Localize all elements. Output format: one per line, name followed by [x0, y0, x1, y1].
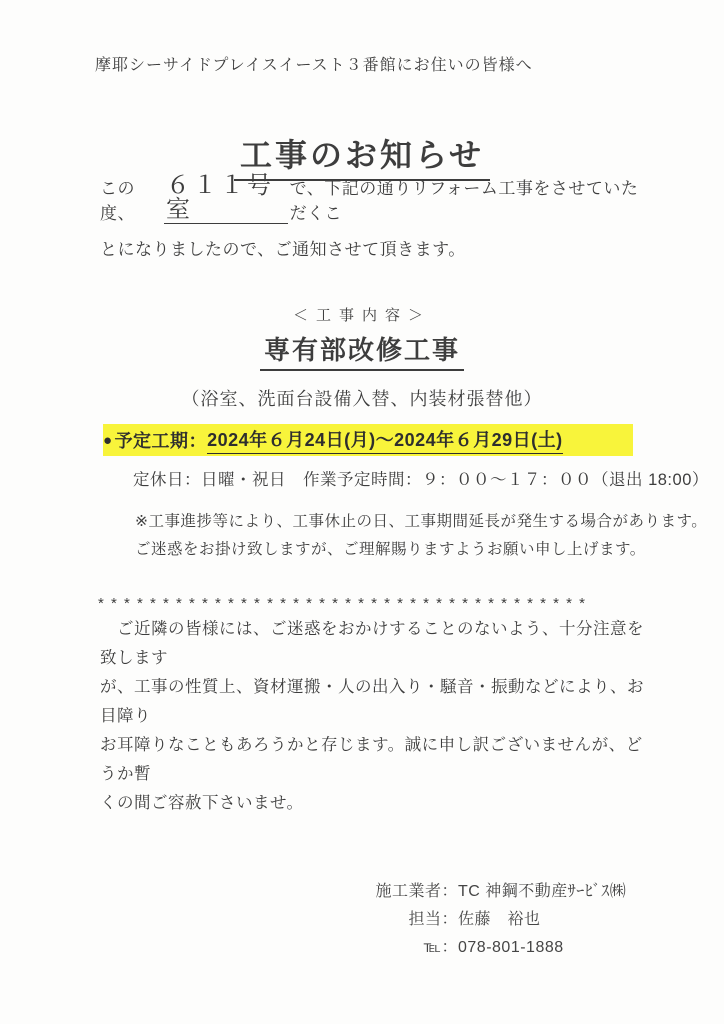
bullet-icon: ●: [103, 432, 113, 449]
intro-paragraph: この度、 ６１１号室 で、下記の通りリフォーム工事をさせていただくこ とになりま…: [100, 186, 645, 260]
tel-value: 078-801-1888: [458, 934, 626, 962]
work-scope: （浴室、洗面台設備入替、内装材張替他）: [0, 385, 724, 411]
asterisk-separator: * * * * * * * * * * * * * * * * * * * * …: [98, 595, 643, 612]
intro-lead: この度、: [100, 174, 162, 224]
section-heading-work-contents: ＜工事内容＞: [0, 304, 724, 325]
tel-label: ℡：: [372, 934, 458, 962]
person-in-charge-value: 佐藤 裕也: [458, 906, 626, 934]
caution-note: ※工事進捗等により、工事休止の日、工事期間延長が発生する場合があります。 ご迷惑…: [135, 508, 707, 564]
schedule-label: 予定工期：: [115, 427, 208, 453]
working-hours-line: 定休日：日曜・祝日 作業予定時間：９：００～１７：００（退出 18:00）: [133, 466, 709, 490]
construction-notice-page: 摩耶シーサイドプレイスイースト３番館にお住いの皆様へ 工事のお知らせ この度、 …: [0, 0, 724, 1024]
apology-paragraph: ご近隣の皆様には、ご迷惑をおかけすることのないよう、十分注意を致します が、工事…: [100, 615, 645, 818]
room-number: ６１１号室: [164, 174, 288, 224]
contractor-value: TC 神鋼不動産ｻｰﾋﾞｽ㈱: [458, 878, 626, 906]
person-in-charge-label: 担当：: [372, 906, 458, 934]
schedule-highlight-line: ● 予定工期： 2024年６月24日(月)～2024年６月29日(土): [103, 424, 633, 456]
apology-line-4: くの間ご容赦下さいませ。: [100, 789, 645, 818]
work-name-row: 専有部改修工事: [0, 330, 724, 371]
caution-note-line-1: ※工事進捗等により、工事休止の日、工事期間延長が発生する場合があります。: [135, 508, 707, 536]
contact-block: 施工業者： TC 神鋼不動産ｻｰﾋﾞｽ㈱ 担当： 佐藤 裕也 ℡： 078-80…: [372, 878, 626, 962]
apology-line-1: ご近隣の皆様には、ご迷惑をおかけすることのないよう、十分注意を致します: [100, 615, 645, 673]
work-name: 専有部改修工事: [260, 330, 464, 371]
schedule-period: 2024年６月24日(月)～2024年６月29日(土): [207, 426, 563, 454]
caution-note-line-2: ご迷惑をお掛け致しますが、ご理解賜りますようお願い申し上げます。: [135, 536, 707, 564]
addressee-line: 摩耶シーサイドプレイスイースト３番館にお住いの皆様へ: [95, 52, 533, 75]
contractor-label: 施工業者：: [372, 878, 458, 906]
intro-line-2: とになりましたので、ご通知させて頂きます。: [100, 235, 645, 260]
apology-line-3: お耳障りなこともあろうかと存じます。誠に申し訳ございませんが、どうか暫: [100, 731, 645, 789]
intro-rest: で、下記の通りリフォーム工事をさせていただくこ: [290, 174, 645, 224]
intro-line-1: この度、 ６１１号室 で、下記の通りリフォーム工事をさせていただくこ: [100, 186, 645, 224]
apology-line-2: が、工事の性質上、資材運搬・人の出入り・騒音・振動などにより、お目障り: [100, 673, 645, 731]
